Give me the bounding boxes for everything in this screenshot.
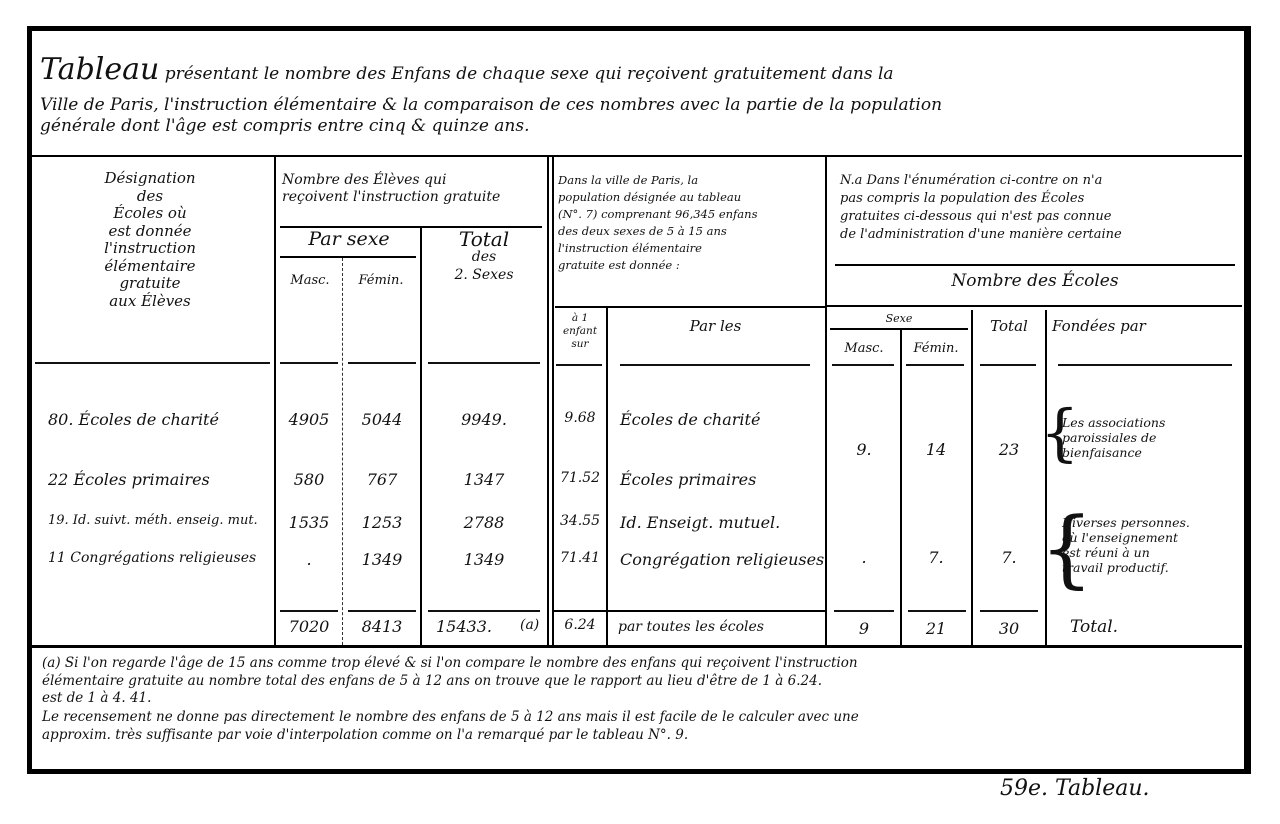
totals-rule [428, 610, 540, 612]
header-designation-line: l'instruction [50, 240, 250, 258]
row-ratio: 9.68 [555, 410, 605, 426]
header-designation-line: élémentaire [50, 258, 250, 276]
total-grand: 15433. [436, 617, 492, 636]
paris-note-line: (N°. 7) comprenant 96,345 enfans [558, 206, 822, 223]
row-par-les: Écoles de charité [620, 410, 760, 429]
rule-nombre-ecoles-top [835, 264, 1235, 266]
total-ecoles-masc: 9 [828, 619, 900, 638]
col-rule-designation [274, 157, 276, 645]
col-rule-paris [825, 157, 827, 645]
totals-rule [834, 610, 894, 612]
nb-note-line: gratuites ci-dessous qui n'est pas connu… [840, 208, 1240, 226]
row-masc: 4905 [276, 410, 342, 429]
fondees-par-line: paroissiales de [1062, 430, 1165, 445]
fondees-par-line: Les associations [1062, 415, 1165, 430]
ratio-line: à 1 [555, 312, 605, 325]
header-underline [832, 364, 894, 366]
paris-note-line: l'instruction élémentaire [558, 240, 822, 257]
col-rule-double-a [547, 157, 549, 645]
footnote-line: approxim. très suffisante par voie d'int… [42, 727, 688, 743]
ecoles-femin: 14 [902, 440, 970, 459]
row-femin: 5044 [344, 410, 420, 429]
footnote-line: est de 1 à 4. 41. [42, 690, 151, 706]
col-rule-masc-femin [342, 258, 343, 645]
row-par-les: Congrégation religieuses [620, 550, 824, 569]
total-femin: 8413 [344, 617, 420, 636]
header-designation-line: gratuite [50, 275, 250, 293]
total-ecoles-total: 30 [973, 619, 1045, 638]
total-masc: 7020 [276, 617, 342, 636]
title-line-1: Tableau présentant le nombre des Enfans … [40, 60, 894, 84]
title-word: Tableau [40, 52, 159, 87]
row-total: 9949. [423, 410, 545, 429]
header-underline [906, 364, 964, 366]
row-femin: 1253 [344, 513, 420, 532]
nb-note-line: de l'administration d'une manière certai… [840, 226, 1240, 244]
header-femin: Fémin. [344, 272, 418, 289]
ecoles-masc: . [828, 548, 900, 567]
row-femin: 1349 [344, 550, 420, 569]
header-sexe: Sexe [828, 310, 970, 327]
header-designation-line: Écoles où [50, 205, 250, 223]
header-designation-line: des [50, 188, 250, 206]
header-underline [428, 362, 540, 364]
page-label: 59e. Tableau. [1000, 776, 1150, 801]
nb-note-line: N.a Dans l'énumération ci-contre on n'a [840, 172, 1240, 190]
header-fondees-par: Fondées par [1052, 318, 1172, 335]
ecoles-total: 7. [973, 548, 1045, 567]
fondees-par-text: Les associationsparoissiales debienfaisa… [1062, 415, 1165, 460]
row-total: 2788 [423, 513, 545, 532]
header-underline [556, 364, 602, 366]
title-line-2: Ville de Paris, l'instruction élémentair… [40, 95, 942, 115]
header-ecoles-femin: Fémin. [902, 340, 970, 357]
header-par-les: Par les [608, 318, 823, 335]
header-underline [620, 364, 810, 366]
header-underline [280, 362, 338, 364]
row-designation: 11 Congrégations religieuses [48, 550, 256, 566]
paris-note-line: des deux sexes de 5 à 15 ans [558, 223, 822, 240]
paris-note-line: gratuite est donnée : [558, 257, 822, 274]
row-femin: 767 [344, 470, 420, 489]
header-par-sexe: Par sexe [280, 231, 418, 248]
col-rule-ecoles-masc [900, 330, 902, 645]
brace-line-paris [555, 306, 825, 308]
ecoles-masc: 9. [828, 440, 900, 459]
ratio-line: enfant [555, 325, 605, 338]
title-line-3: générale dont l'âge est compris entre ci… [40, 116, 530, 136]
header-total-line: Total [423, 230, 545, 248]
row-masc: . [276, 550, 342, 569]
totals-rule-paris [553, 610, 825, 612]
totals-rule [348, 610, 416, 612]
col-rule-ratio [606, 308, 608, 645]
total-ecoles-femin: 21 [902, 619, 970, 638]
paris-note-line: population désignée au tableau [558, 189, 822, 206]
row-designation: 22 Écoles primaires [48, 470, 210, 489]
header-ecoles-masc: Masc. [828, 340, 900, 357]
header-underline [980, 364, 1036, 366]
header-designation-line: Désignation [50, 170, 250, 188]
col-rule-double-b [552, 157, 554, 645]
header-designation-line: aux Élèves [50, 293, 250, 311]
total-note-marker: (a) [520, 617, 539, 633]
brace-line-sexe [280, 256, 416, 258]
paris-note-line: Dans la ville de Paris, la [558, 172, 822, 189]
fondees-par-line: Diverses personnes. [1062, 515, 1190, 530]
col-rule-total [420, 228, 422, 645]
header-total-line: 2. Sexes [423, 266, 545, 284]
row-total: 1347 [423, 470, 545, 489]
totals-rule [908, 610, 966, 612]
footnote-line: Le recensement ne donne pas directement … [42, 709, 859, 725]
fondees-par-line: travail productif. [1062, 560, 1190, 575]
header-nombre-eleves: Nombre des Élèves qui reçoivent l'instru… [282, 172, 544, 206]
fondees-par-line: est réuni à un [1062, 545, 1190, 560]
title-separator [30, 155, 1242, 157]
total-ratio: 6.24 [555, 617, 605, 633]
header-nombre-ecoles: Nombre des Écoles [830, 273, 1240, 290]
total-par-les: par toutes les écoles [618, 619, 764, 635]
ecoles-total: 23 [973, 440, 1045, 459]
fondees-par-text: Diverses personnes.où l'enseignementest … [1062, 515, 1190, 575]
header-ratio: à 1 enfant sur [555, 312, 605, 351]
header-masc: Masc. [278, 272, 342, 289]
ecoles-femin: 7. [902, 548, 970, 567]
header-designation: Désignation des Écoles où est donnée l'i… [50, 170, 250, 310]
header-underline [1058, 364, 1232, 366]
header-underline [35, 362, 270, 364]
footnote-line: (a) Si l'on regarde l'âge de 15 ans comm… [42, 655, 858, 671]
nb-note-line: pas compris la population des Écoles [840, 190, 1240, 208]
header-underline [348, 362, 416, 364]
footnote-separator [30, 645, 1242, 648]
fondees-par-line: où l'enseignement [1062, 530, 1190, 545]
row-designation: 80. Écoles de charité [48, 410, 219, 429]
row-par-les: Id. Enseigt. mutuel. [620, 513, 780, 532]
row-total: 1349 [423, 550, 545, 569]
header-designation-line: est donnée [50, 223, 250, 241]
ratio-line: sur [555, 338, 605, 351]
header-ecoles-total: Total [973, 318, 1045, 335]
header-total-line: des [423, 248, 545, 266]
totals-rule [280, 610, 338, 612]
brace-line-ecoles-sexe [830, 328, 968, 330]
footnote-line: élémentaire gratuite au nombre total des… [42, 673, 822, 689]
brace-line-ecoles [827, 305, 1242, 307]
total-ecoles-label: Total. [1070, 617, 1118, 637]
title-line-1-text: présentant le nombre des Enfans de chaqu… [165, 64, 894, 84]
fondees-par-line: bienfaisance [1062, 445, 1165, 460]
col-rule-ecoles-femin [971, 310, 973, 645]
row-ratio: 71.52 [555, 470, 605, 486]
row-masc: 580 [276, 470, 342, 489]
header-total-2-sexes: Total des 2. Sexes [423, 230, 545, 284]
header-paris-note: Dans la ville de Paris, la population dé… [558, 172, 822, 274]
totals-rule [980, 610, 1038, 612]
header-nombre-eleves-line: Nombre des Élèves qui [282, 172, 544, 189]
row-par-les: Écoles primaires [620, 470, 756, 489]
header-nombre-eleves-line: reçoivent l'instruction gratuite [282, 189, 544, 206]
header-nb-note: N.a Dans l'énumération ci-contre on n'a … [840, 172, 1240, 244]
row-masc: 1535 [276, 513, 342, 532]
row-ratio: 71.41 [555, 550, 605, 566]
row-ratio: 34.55 [555, 513, 605, 529]
row-designation: 19. Id. suivt. méth. enseig. mut. [48, 513, 258, 528]
